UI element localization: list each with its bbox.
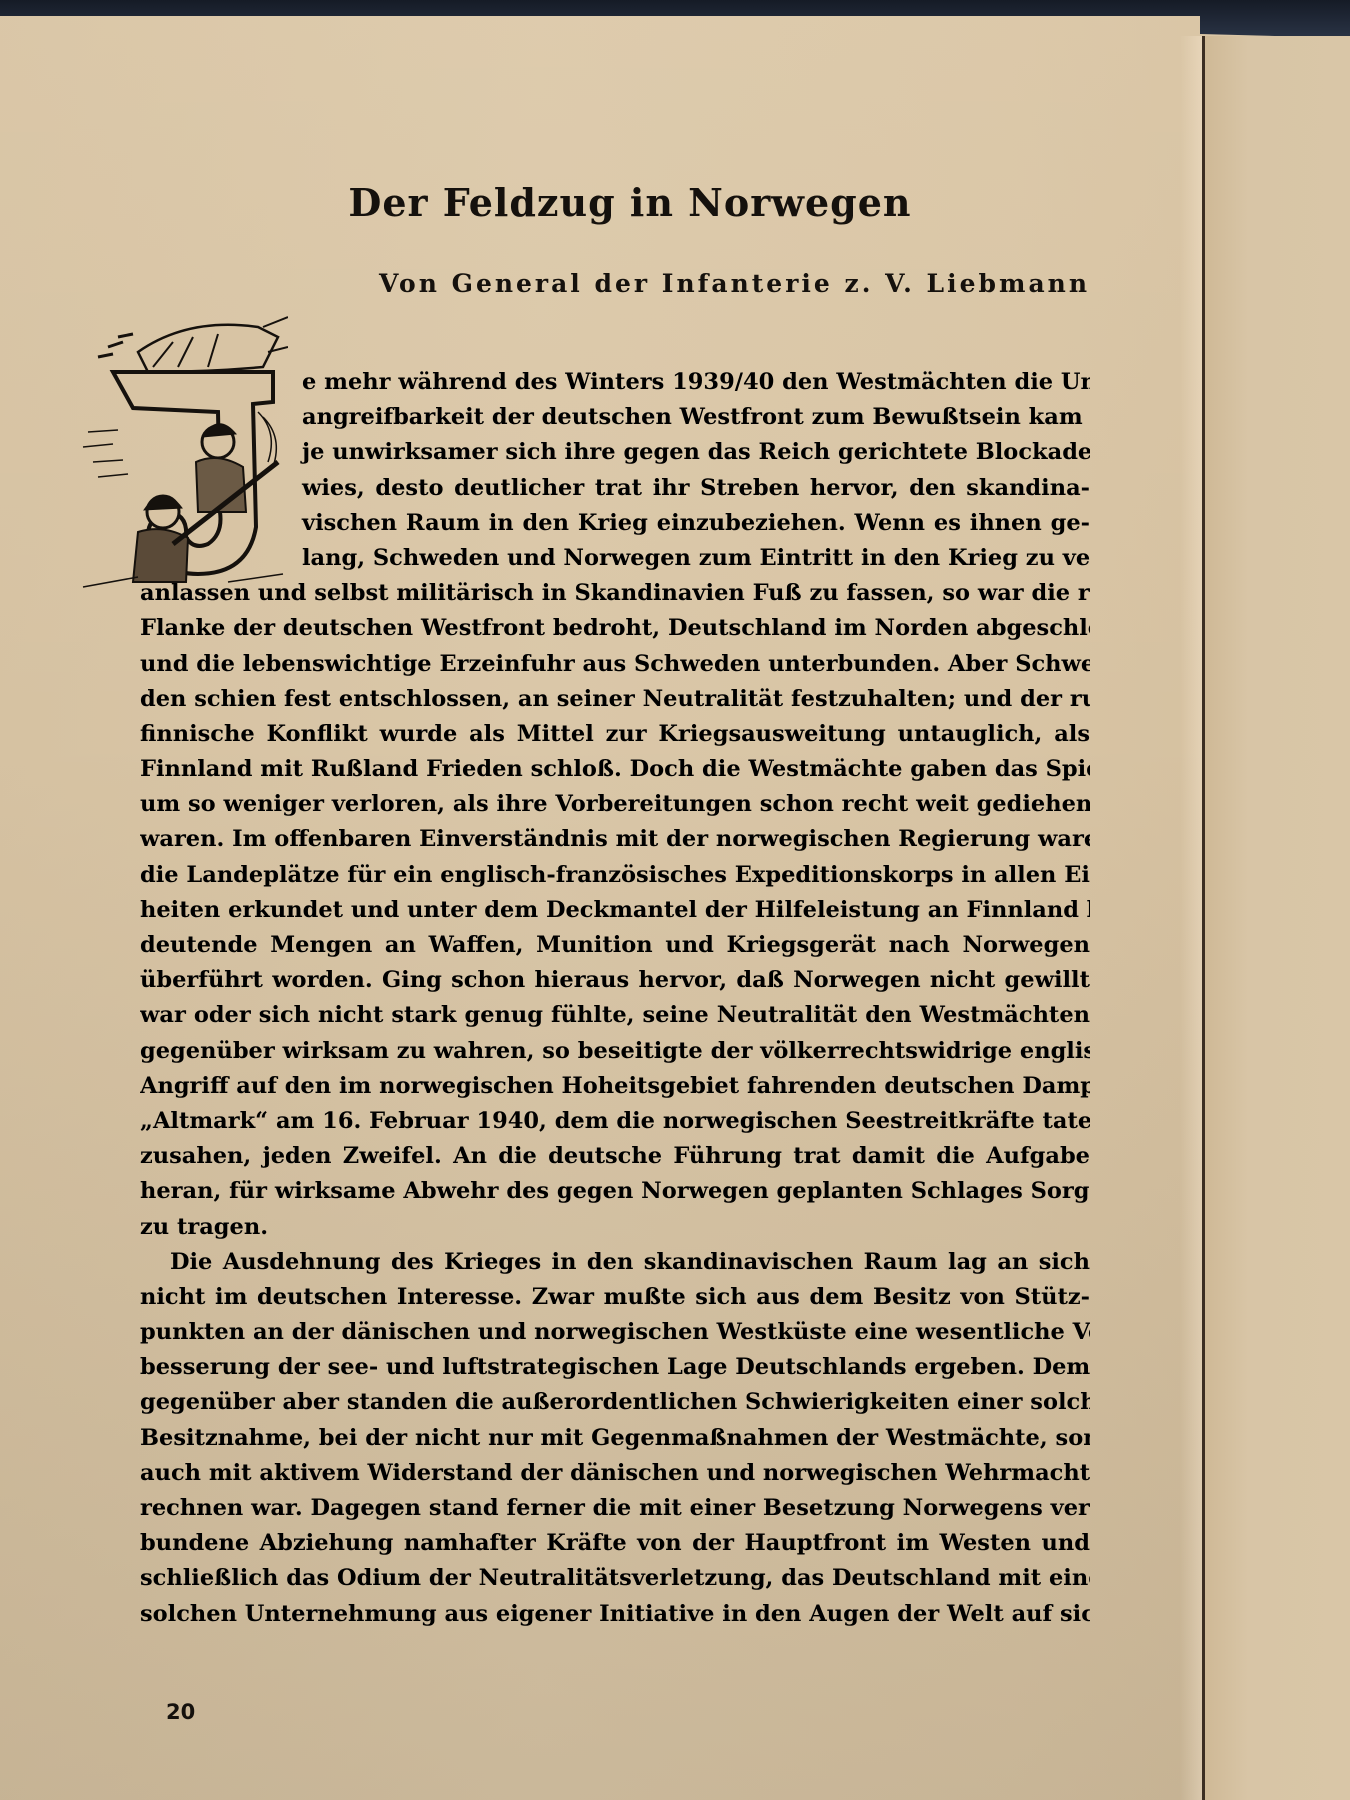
text-line: nicht im deutschen Interesse. Zwar mußte… bbox=[140, 1280, 1090, 1315]
text-line: heiten erkundet und unter dem Deckmantel… bbox=[140, 893, 1090, 928]
text-line: angreifbarkeit der deutschen Westfront z… bbox=[140, 400, 1090, 435]
text-line: lang, Schweden und Norwegen zum Eintritt… bbox=[140, 541, 1090, 576]
text-line: bundene Abziehung namhafter Kräfte von d… bbox=[140, 1526, 1090, 1561]
text-line: auch mit aktivem Widerstand der dänische… bbox=[140, 1456, 1090, 1491]
text-line: zu tragen. bbox=[140, 1210, 1090, 1245]
text-line: gegenüber wirksam zu wahren, so beseitig… bbox=[140, 1034, 1090, 1069]
book-gutter bbox=[1202, 36, 1205, 1800]
text-line: zusahen, jeden Zweifel. An die deutsche … bbox=[140, 1139, 1090, 1174]
text-line: vischen Raum in den Krieg einzubeziehen.… bbox=[140, 506, 1090, 541]
text-line: finnische Konflikt wurde als Mittel zur … bbox=[140, 717, 1090, 752]
article-body: e mehr während des Winters 1939/40 den W… bbox=[140, 365, 1090, 1632]
text-line: punkten an der dänischen und norwegische… bbox=[140, 1315, 1090, 1350]
text-line: überführt worden. Ging schon hieraus her… bbox=[140, 963, 1090, 998]
text-line: deutende Mengen an Waffen, Munition und … bbox=[140, 928, 1090, 963]
text-line: solchen Unternehmung aus eigener Initiat… bbox=[140, 1597, 1090, 1632]
right-page-edge bbox=[1205, 36, 1350, 1800]
text-line: wies, desto deutlicher trat ihr Streben … bbox=[140, 471, 1090, 506]
text-line: rechnen war. Dagegen stand ferner die mi… bbox=[140, 1491, 1090, 1526]
paragraph-2: Die Ausdehnung des Krieges in den skandi… bbox=[140, 1245, 1090, 1632]
gutter-shade bbox=[1180, 36, 1202, 1800]
text-line: die Landeplätze für ein englisch-französ… bbox=[140, 858, 1090, 893]
text-line: besserung der see- und luftstrategischen… bbox=[140, 1350, 1090, 1385]
aircraft-icon bbox=[98, 317, 288, 372]
text-line: waren. Im offenbaren Einverständnis mit … bbox=[140, 822, 1090, 857]
text-line: und die lebenswichtige Erzeinfuhr aus Sc… bbox=[140, 647, 1090, 682]
text-line: heran, für wirksame Abwehr des gegen Nor… bbox=[140, 1174, 1090, 1209]
page-number: 20 bbox=[166, 1700, 195, 1724]
text-line: Finnland mit Rußland Frieden schloß. Doc… bbox=[140, 752, 1090, 787]
text-line: e mehr während des Winters 1939/40 den W… bbox=[140, 365, 1090, 400]
author-byline: Von General der Infanterie z. V. Liebman… bbox=[140, 269, 1090, 298]
text-line: „Altmark“ am 16. Februar 1940, dem die n… bbox=[140, 1104, 1090, 1139]
chapter-title: Der Feldzug in Norwegen bbox=[140, 180, 1090, 225]
text-line: Die Ausdehnung des Krieges in den skandi… bbox=[140, 1245, 1090, 1280]
text-line: je unwirksamer sich ihre gegen das Reich… bbox=[140, 435, 1090, 470]
paragraph-1: e mehr während des Winters 1939/40 den W… bbox=[140, 365, 1090, 1245]
left-page: Der Feldzug in Norwegen Von General der … bbox=[140, 180, 1090, 298]
text-line: um so weniger verloren, als ihre Vorbere… bbox=[140, 787, 1090, 822]
text-line: gegenüber aber standen die außerordentli… bbox=[140, 1385, 1090, 1420]
text-line: den schien fest entschlossen, an seiner … bbox=[140, 682, 1090, 717]
text-line: Angriff auf den im norwegischen Hoheitsg… bbox=[140, 1069, 1090, 1104]
text-line: anlassen und selbst militärisch in Skand… bbox=[140, 576, 1090, 611]
text-line: Besitznahme, bei der nicht nur mit Gegen… bbox=[140, 1421, 1090, 1456]
text-line: war oder sich nicht stark genug fühlte, … bbox=[140, 998, 1090, 1033]
text-line: schließlich das Odium der Neutralitätsve… bbox=[140, 1561, 1090, 1596]
text-line: Flanke der deutschen Westfront bedroht, … bbox=[140, 611, 1090, 646]
